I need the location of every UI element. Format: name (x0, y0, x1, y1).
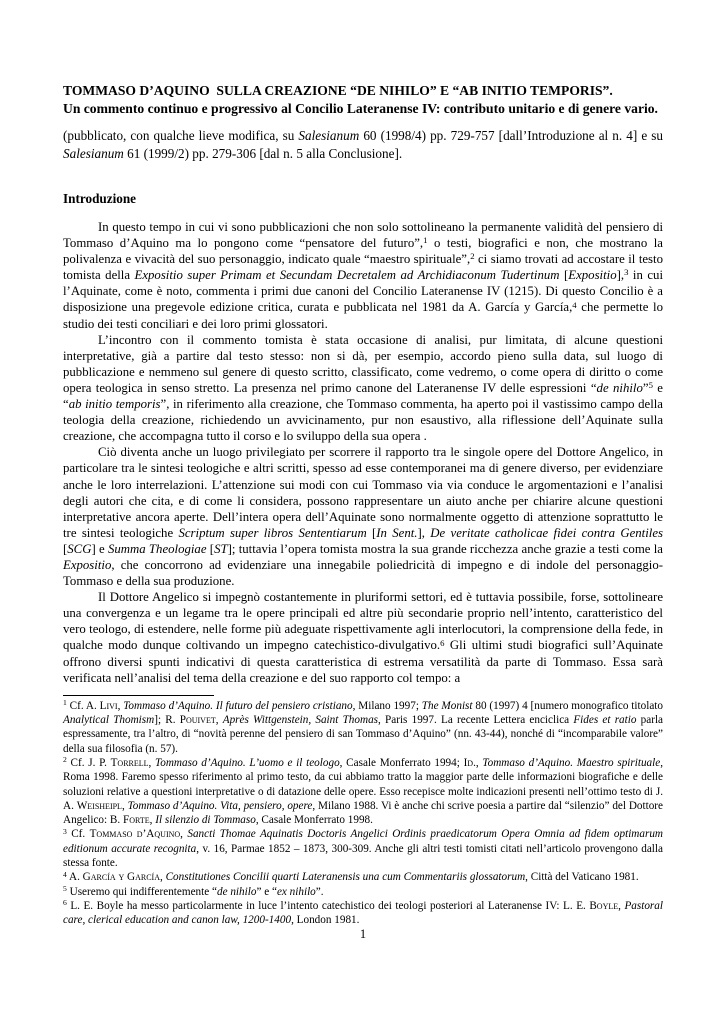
document-title: TOMMASO D’AQUINO SULLA CREAZIONE “DE NIH… (63, 82, 663, 100)
body-paragraph: Ciò diventa anche un luogo privilegiato … (63, 444, 663, 589)
footnote: 4 A. García y García, Constitutiones Con… (63, 870, 663, 884)
section-heading: Introduzione (63, 190, 663, 207)
footnote: 2 Cf. J. P. Torrell, Tommaso d’Aquino. L… (63, 756, 663, 827)
footnote: 5 Useremo qui indifferentemente “de nihi… (63, 885, 663, 899)
page-number: 1 (63, 927, 663, 942)
footnote: 6 L. E. Boyle ha messo particolarmente i… (63, 899, 663, 928)
footnote: 3 Cf. Tommaso d’Aquino, Sancti Thomae Aq… (63, 827, 663, 870)
footnote: 1 Cf. A. Livi, Tommaso d’Aquino. Il futu… (63, 699, 663, 756)
document-subtitle: Un commento continuo e progressivo al Co… (63, 100, 663, 118)
body-paragraph: In questo tempo in cui vi sono pubblicaz… (63, 219, 663, 332)
body-paragraph: Il Dottore Angelico si impegnò costantem… (63, 589, 663, 686)
footnote-separator (63, 695, 214, 696)
document-page: TOMMASO D’AQUINO SULLA CREAZIONE “DE NIH… (0, 0, 725, 1024)
body-paragraph: L’incontro con il commento tomista è sta… (63, 332, 663, 445)
body-text: In questo tempo in cui vi sono pubblicaz… (63, 219, 663, 686)
publication-note: (pubblicato, con qualche lieve modifica,… (63, 127, 663, 163)
footnotes-section: 1 Cf. A. Livi, Tommaso d’Aquino. Il futu… (63, 699, 663, 928)
